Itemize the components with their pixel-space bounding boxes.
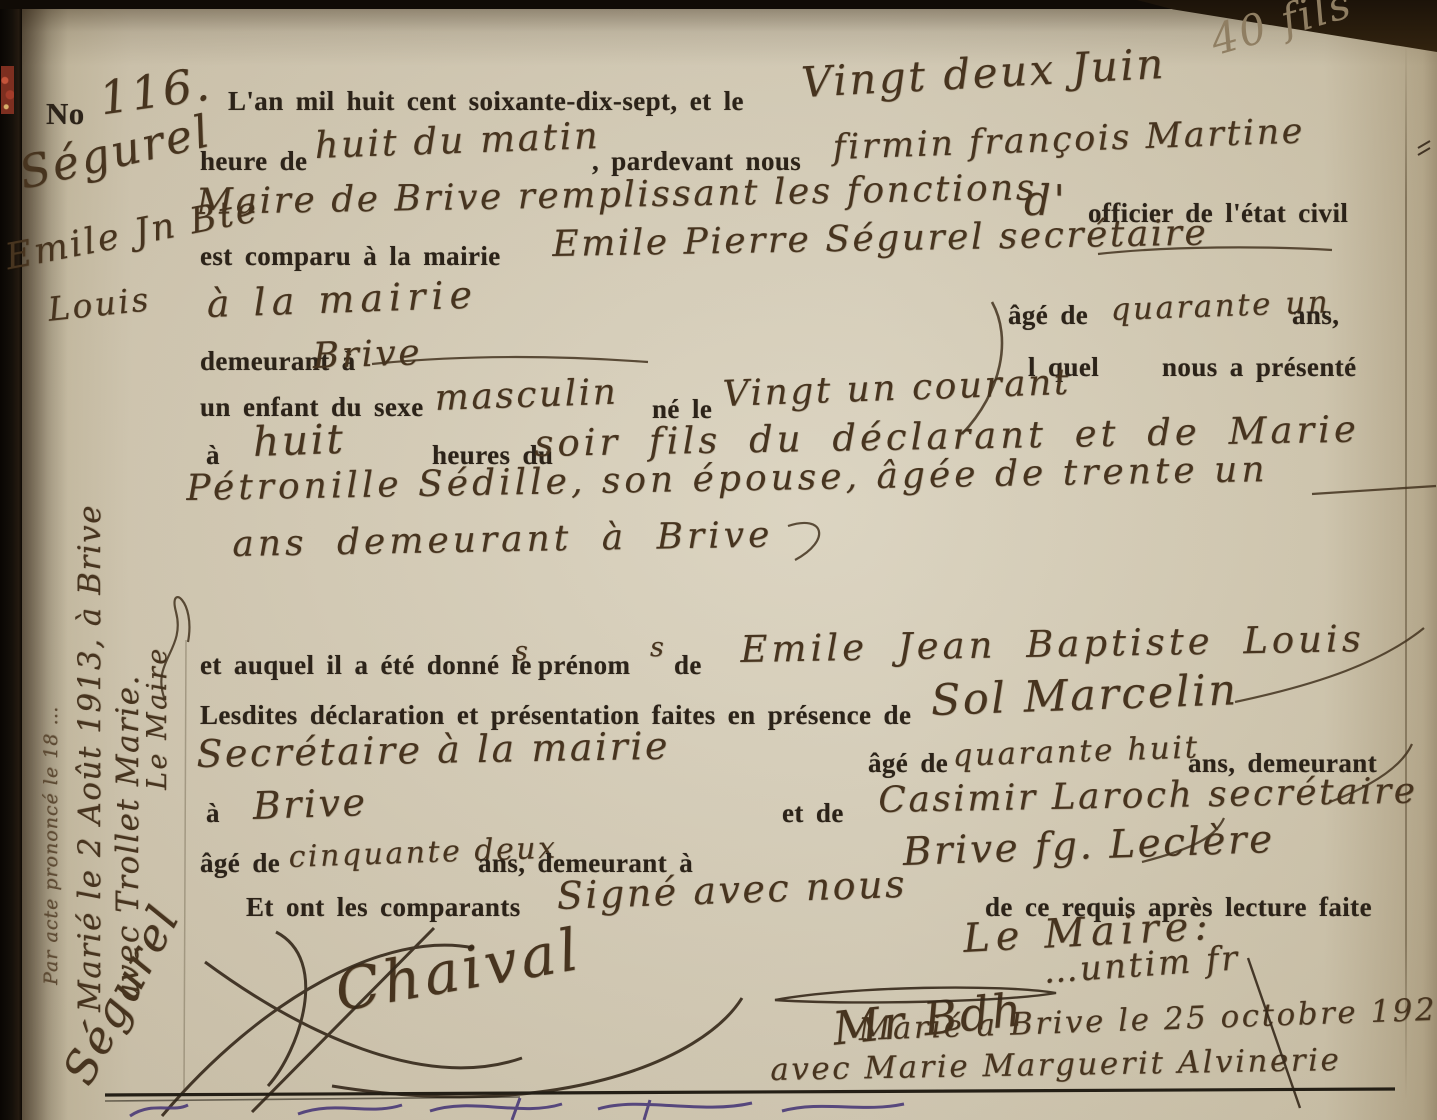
body-l11-hw-s1: s <box>514 636 530 667</box>
body-l5-printed-ans: ans, <box>1292 300 1339 331</box>
marbled-edge <box>1 66 14 114</box>
body-l8-hw-hour: huit <box>252 415 346 466</box>
register-page-scan: 40 fils No 116. Ségurel Emile Jn Bte Lou… <box>0 0 1437 1120</box>
margin-edge-note: Par acte prononcé le 18 … <box>40 706 62 985</box>
body-l2-printed-a: heure de <box>200 146 307 177</box>
body-l6-hw-brive: Brive <box>312 332 423 377</box>
body-l14-printed-b: et de <box>782 798 844 829</box>
body-l1-printed: L'an mil huit cent soixante-dix-sept, et… <box>228 86 744 117</box>
body-l15-printed-a: âgé de <box>200 848 280 879</box>
body-l11-printed-c: de <box>674 650 702 681</box>
body-l14-printed-a: à <box>206 798 220 829</box>
body-l7-hw-sex: masculin <box>434 372 619 419</box>
body-l16-printed-a: Et ont les comparants <box>246 892 521 923</box>
body-l4-printed: est comparu à la mairie <box>200 241 501 272</box>
body-l11-hw-s2: s <box>650 632 666 663</box>
page-curl-line <box>1405 40 1407 1100</box>
act-number-prefix: No <box>46 96 85 132</box>
margin-marriage-note-signoff: Le Maire <box>142 646 173 790</box>
body-l8-printed-a: à <box>206 440 220 471</box>
body-l13-printed-age: âgé de <box>868 748 948 779</box>
body-l11-printed-b: prénom <box>538 650 630 681</box>
body-l6-printed-presente: nous a présenté <box>1162 352 1357 383</box>
body-l11-printed-a: et auquel il a été donné le <box>200 650 532 681</box>
body-l13-hw-witness1-title: Secrétaire à la mairie <box>196 724 670 776</box>
margin-marriage-note-1: Marié le 2 Août 1913, à Brive <box>72 504 108 1012</box>
body-l14-hw-brive: Brive <box>252 780 368 828</box>
body-l5-printed-age: âgé de <box>1008 300 1088 331</box>
